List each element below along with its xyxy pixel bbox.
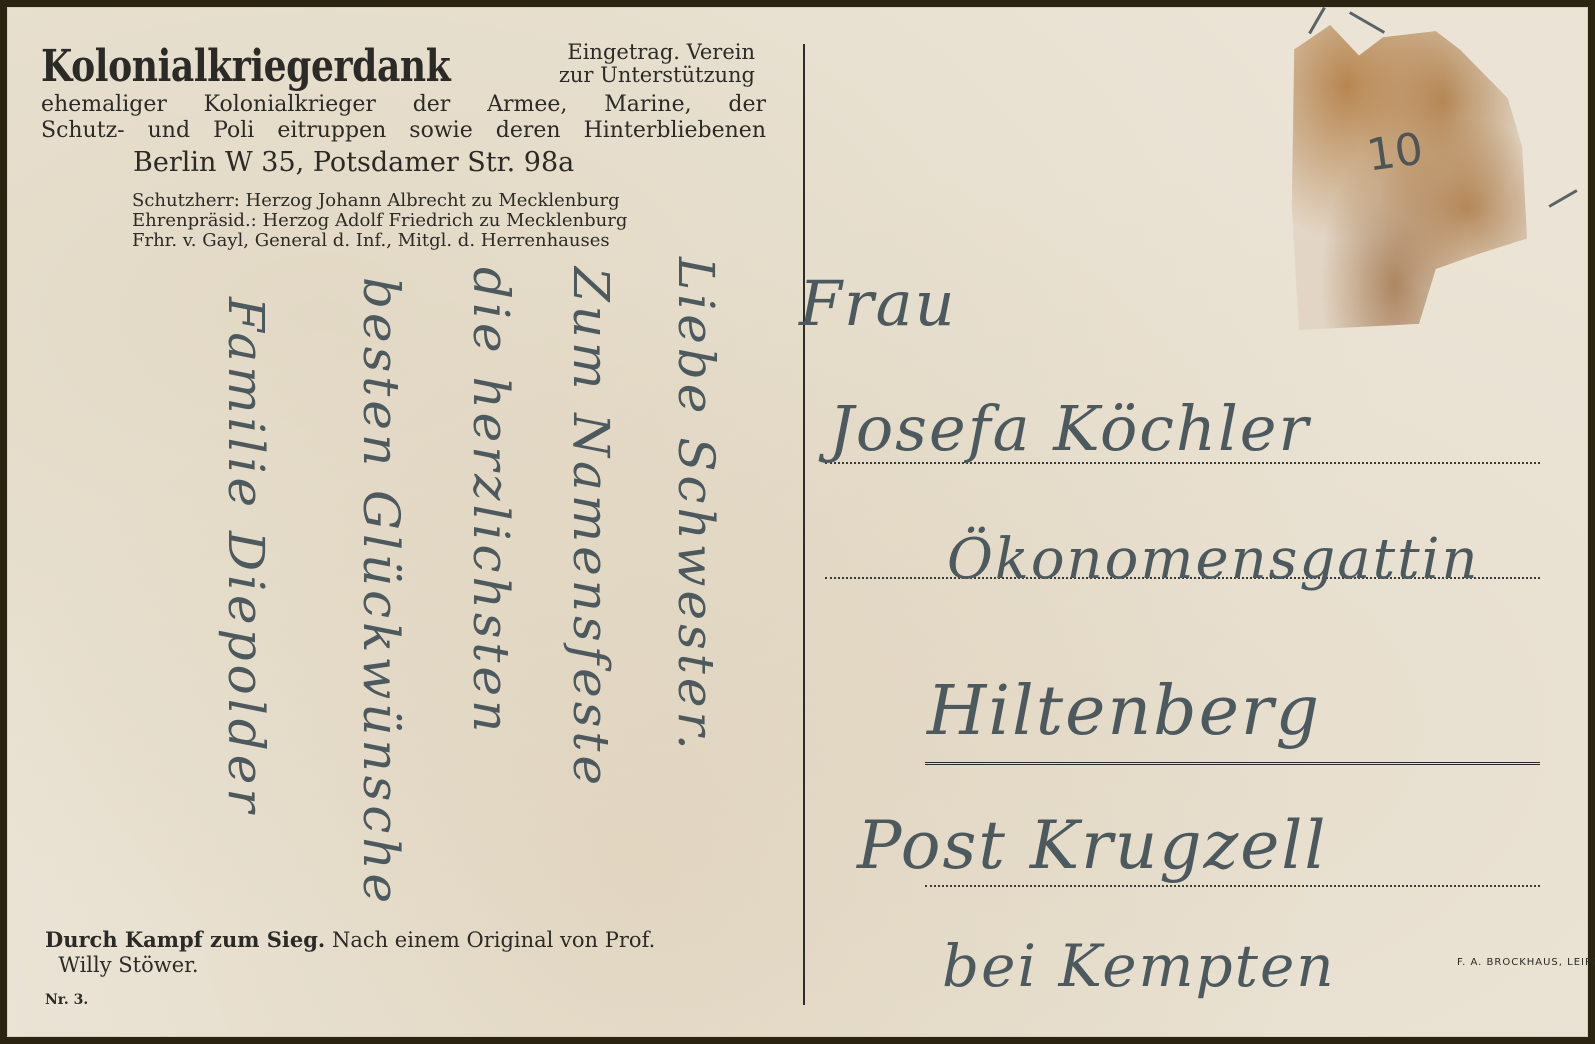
caption-credit: Nach einem Original von Prof. xyxy=(332,928,655,952)
patron-line: Schutzherr: Herzog Johann Albrecht zu Me… xyxy=(132,191,620,211)
board-member-line: Frhr. v. Gayl, General d. Inf., Mitgl. d… xyxy=(132,231,610,251)
message-line: Zum Namensfeste xyxy=(562,267,620,789)
recipient-region: bei Kempten xyxy=(942,932,1336,1000)
purpose-line-2: Schutz- und Poli eitruppen sowie deren H… xyxy=(41,118,766,143)
postcard-back: Kolonialkriegerdank Eingetrag. Verein zu… xyxy=(7,7,1588,1037)
organization-address: Berlin W 35, Potsdamer Str. 98a xyxy=(133,147,574,178)
caption-title: Durch Kampf zum Sieg. xyxy=(45,927,325,952)
message-line: besten Glückwünsche xyxy=(352,277,410,907)
message-line: die herzlichsten xyxy=(462,267,520,736)
message-signature: Familie Diepolder xyxy=(217,297,275,816)
postmark-stroke xyxy=(1548,189,1577,208)
publisher-imprint: F. A. BROCKHAUS, LEIPZIG. xyxy=(1457,957,1595,968)
address-line-4 xyxy=(925,885,1540,887)
stamp-remnant xyxy=(1287,25,1527,330)
address-line-3 xyxy=(925,762,1540,765)
recipient-place: Hiltenberg xyxy=(927,672,1321,751)
series-number: Nr. 3. xyxy=(45,992,88,1008)
registration-line-2: zur Unterstützung xyxy=(559,64,755,87)
recipient-occupation: Ökonomensgattin xyxy=(947,527,1480,592)
postmark-stroke xyxy=(1349,11,1385,34)
purpose-line-1: ehemaliger Kolonialkrieger der Armee, Ma… xyxy=(41,92,766,117)
recipient-post-office: Post Krugzell xyxy=(857,807,1328,884)
postmark-fragment: 10 xyxy=(1364,123,1427,181)
honorary-president-line: Ehrenpräsid.: Herzog Adolf Friedrich zu … xyxy=(132,211,627,231)
message-line: Liebe Schwester. xyxy=(667,257,725,754)
image-caption: Durch Kampf zum Sieg. Nach einem Origina… xyxy=(45,927,655,978)
caption-artist: Willy Stöwer. xyxy=(58,953,198,977)
registration-line-1: Eingetrag. Verein xyxy=(567,41,755,64)
organization-title: Kolonialkriegerdank xyxy=(41,41,450,92)
recipient-salutation: Frau xyxy=(799,267,957,340)
recipient-name: Josefa Köchler xyxy=(829,392,1310,465)
message-address-divider xyxy=(803,44,805,1005)
